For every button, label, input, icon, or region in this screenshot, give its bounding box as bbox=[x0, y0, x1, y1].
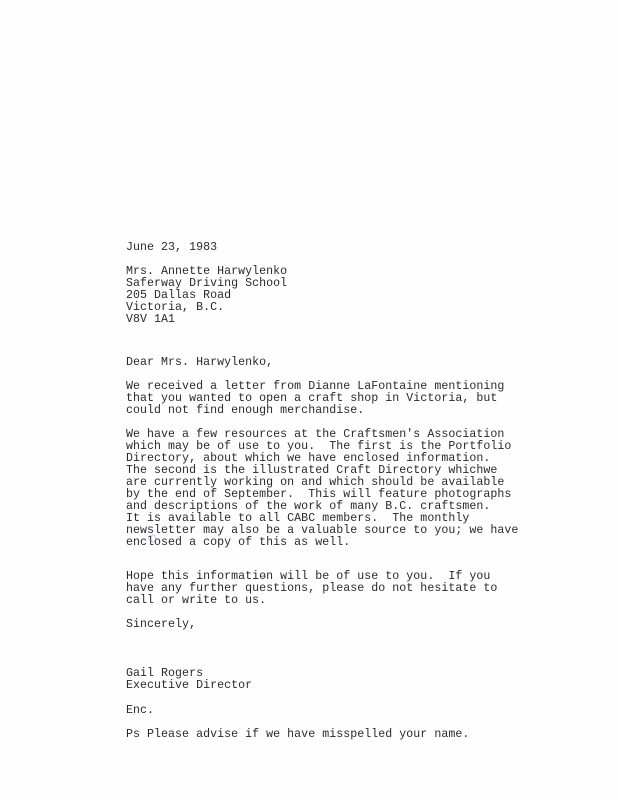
handwritten-correction-mark: ◌ bbox=[148, 533, 157, 544]
letter-page: June 23, 1983 Mrs. Annette Harwylenko Sa… bbox=[0, 0, 618, 800]
closing: Sincerely, bbox=[126, 619, 196, 631]
handwritten-correction-mark: ⌢ bbox=[260, 571, 267, 582]
paragraph-line: call or write to us. bbox=[126, 595, 266, 607]
salutation: Dear Mrs. Harwylenko, bbox=[126, 357, 273, 369]
paragraph-line: enclosed a copy of this as well. bbox=[126, 537, 350, 549]
letter-date: June 23, 1983 bbox=[126, 242, 217, 254]
signer-title: Executive Director bbox=[126, 680, 252, 692]
paragraph-line: could not find enough merchandise. bbox=[126, 405, 364, 417]
postscript: Ps Please advise if we have misspelled y… bbox=[126, 729, 469, 741]
enclosure-note: Enc. bbox=[126, 705, 154, 717]
recipient-line: V8V 1A1 bbox=[126, 314, 175, 326]
